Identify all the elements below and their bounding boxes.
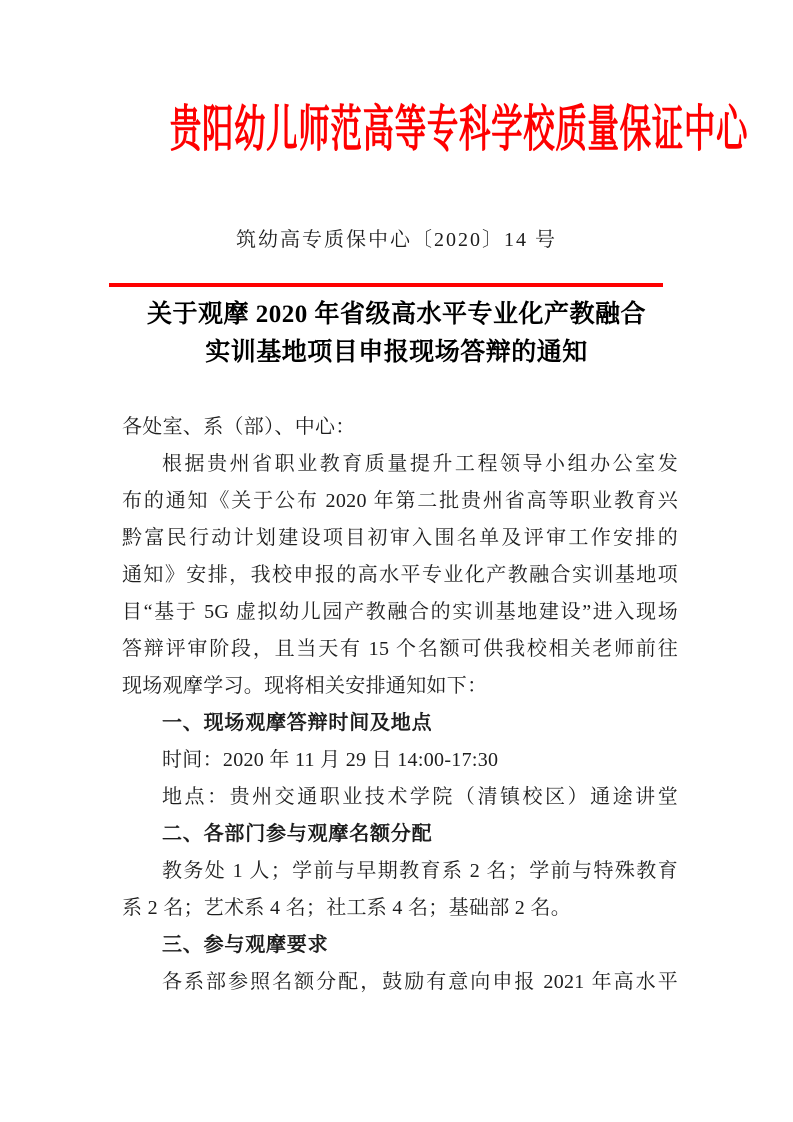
body-text-line: 一、现场观摩答辩时间及地点: [122, 705, 678, 742]
red-divider-rule: [109, 283, 663, 287]
body-text-line: 现场观摩学习。现将相关安排通知如下：: [122, 668, 678, 705]
body-text-line: 二、各部门参与观摩名额分配: [122, 816, 678, 853]
letterhead: 贵阳幼儿师范高等专科学校质量保证中心: [0, 101, 793, 157]
body-text-line: 黔富民行动计划建设项目初审入围名单及评审工作安排的: [122, 520, 678, 557]
body-text-line: 地点：贵州交通职业技术学院（清镇校区）通途讲堂: [122, 779, 678, 816]
body-text-line: 答辩评审阶段，且当天有 15 个名额可供我校相关老师前往: [122, 631, 678, 668]
body-text-line: 目“基于 5G 虚拟幼儿园产教融合的实训基地建设”进入现场: [122, 594, 678, 631]
document-page: 贵阳幼儿师范高等专科学校质量保证中心 筑幼高专质保中心〔2020〕14 号 关于…: [0, 0, 793, 1122]
body-text-line: 三、参与观摩要求: [122, 927, 678, 964]
body-text-line: 通知》安排，我校申报的高水平专业化产教融合实训基地项: [122, 557, 678, 594]
body-text-line: 根据贵州省职业教育质量提升工程领导小组办公室发: [122, 446, 678, 483]
body-text-line: 布的通知《关于公布 2020 年第二批贵州省高等职业教育兴: [122, 483, 678, 520]
body-text-line: 各处室、系（部）、中心：: [122, 409, 678, 446]
org-title: 贵阳幼儿师范高等专科学校质量保证中心: [170, 101, 748, 157]
doc-number: 筑幼高专质保中心〔2020〕14 号: [0, 227, 793, 253]
document-title-line1: 关于观摩 2020 年省级高水平专业化产教融合: [60, 296, 733, 334]
body-text-line: 系 2 名；艺术系 4 名；社工系 4 名；基础部 2 名。: [122, 890, 678, 927]
body-text-line: 时间：2020 年 11 月 29 日 14:00-17:30: [122, 742, 678, 779]
body-text-line: 各系部参照名额分配，鼓励有意向申报 2021 年高水平: [122, 964, 678, 1001]
document-title-line2: 实训基地项目申报现场答辩的通知: [60, 334, 733, 372]
document-title: 关于观摩 2020 年省级高水平专业化产教融合 实训基地项目申报现场答辩的通知: [60, 296, 733, 372]
body-text-line: 教务处 1 人；学前与早期教育系 2 名；学前与特殊教育: [122, 853, 678, 890]
document-body: 各处室、系（部）、中心：根据贵州省职业教育质量提升工程领导小组办公室发布的通知《…: [122, 409, 678, 1001]
